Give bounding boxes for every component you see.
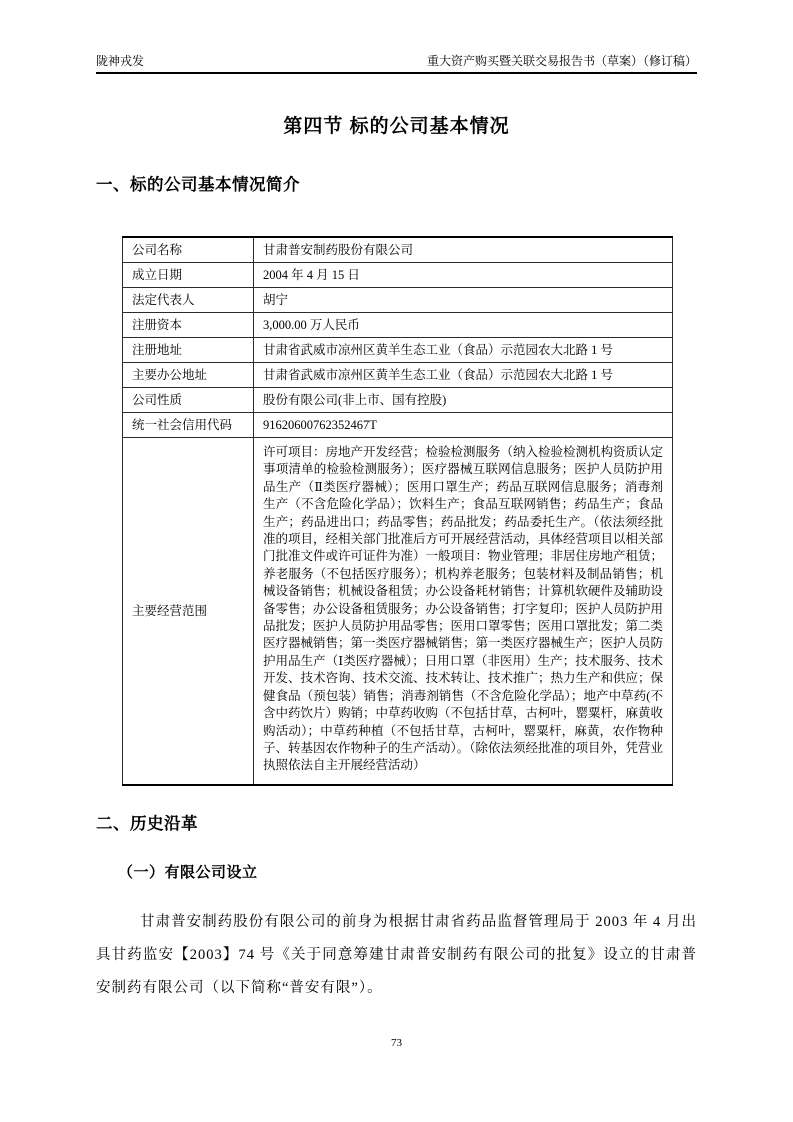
row-label: 主要办公地址 bbox=[123, 363, 254, 388]
running-header: 陇神戎发 重大资产购买暨关联交易报告书（草案）（修订稿） bbox=[96, 54, 697, 74]
table-row-company-type: 公司性质 股份有限公司(非上市、国有控股) bbox=[123, 388, 673, 413]
row-value: 3,000.00 万人民币 bbox=[254, 313, 673, 338]
row-label: 成立日期 bbox=[123, 263, 254, 288]
page-number: 73 bbox=[0, 1037, 793, 1049]
row-value: 甘肃省武威市凉州区黄羊生态工业（食品）示范园农大北路 1 号 bbox=[254, 338, 673, 363]
table-row-business-scope: 主要经营范围 许可项目：房地产开发经营；检验检测服务（纳入检验检测机构资质认定事… bbox=[123, 438, 673, 785]
table-row-credit-code: 统一社会信用代码 91620600762352467T bbox=[123, 413, 673, 438]
row-value: 2004 年 4 月 15 日 bbox=[254, 263, 673, 288]
table-row-founding-date: 成立日期 2004 年 4 月 15 日 bbox=[123, 263, 673, 288]
row-value: 股份有限公司(非上市、国有控股) bbox=[254, 388, 673, 413]
row-value: 甘肃省武威市凉州区黄羊生态工业（食品）示范园农大北路 1 号 bbox=[254, 363, 673, 388]
header-right-report-title: 重大资产购买暨关联交易报告书（草案）（修订稿） bbox=[427, 54, 697, 69]
row-label: 主要经营范围 bbox=[123, 438, 254, 785]
table-row-office-address: 主要办公地址 甘肃省武威市凉州区黄羊生态工业（食品）示范园农大北路 1 号 bbox=[123, 363, 673, 388]
section-heading-history: 二、历史沿革 bbox=[96, 810, 697, 834]
row-value: 胡宁 bbox=[254, 288, 673, 313]
row-label: 统一社会信用代码 bbox=[123, 413, 254, 438]
page-content: 陇神戎发 重大资产购买暨关联交易报告书（草案）（修订稿） 第四节 标的公司基本情… bbox=[96, 0, 697, 1005]
table-row-legal-representative: 法定代表人 胡宁 bbox=[123, 288, 673, 313]
history-paragraph: 甘肃普安制药股份有限公司的前身为根据甘肃省药品监督管理局于 2003 年 4 月… bbox=[96, 906, 697, 1005]
row-value: 甘肃普安制药股份有限公司 bbox=[254, 237, 673, 263]
row-value-business-scope: 许可项目：房地产开发经营；检验检测服务（纳入检验检测机构资质认定事项清单的检验检… bbox=[254, 438, 673, 785]
table-row-registered-address: 注册地址 甘肃省武威市凉州区黄羊生态工业（食品）示范园农大北路 1 号 bbox=[123, 338, 673, 363]
table-row-company-name: 公司名称 甘肃普安制药股份有限公司 bbox=[123, 237, 673, 263]
subsection-heading-limited-company: （一）有限公司设立 bbox=[118, 861, 697, 882]
row-label: 公司名称 bbox=[123, 237, 254, 263]
row-label: 注册资本 bbox=[123, 313, 254, 338]
table-row-registered-capital: 注册资本 3,000.00 万人民币 bbox=[123, 313, 673, 338]
header-left-company: 陇神戎发 bbox=[96, 54, 144, 69]
row-label: 法定代表人 bbox=[123, 288, 254, 313]
document-page: 陇神戎发 重大资产购买暨关联交易报告书（草案）（修订稿） 第四节 标的公司基本情… bbox=[0, 0, 793, 1122]
company-info-table: 公司名称 甘肃普安制药股份有限公司 成立日期 2004 年 4 月 15 日 法… bbox=[122, 236, 673, 786]
chapter-title: 第四节 标的公司基本情况 bbox=[96, 111, 697, 138]
row-label: 注册地址 bbox=[123, 338, 254, 363]
row-label: 公司性质 bbox=[123, 388, 254, 413]
row-value: 91620600762352467T bbox=[254, 413, 673, 438]
section-heading-intro: 一、标的公司基本情况简介 bbox=[96, 171, 697, 195]
